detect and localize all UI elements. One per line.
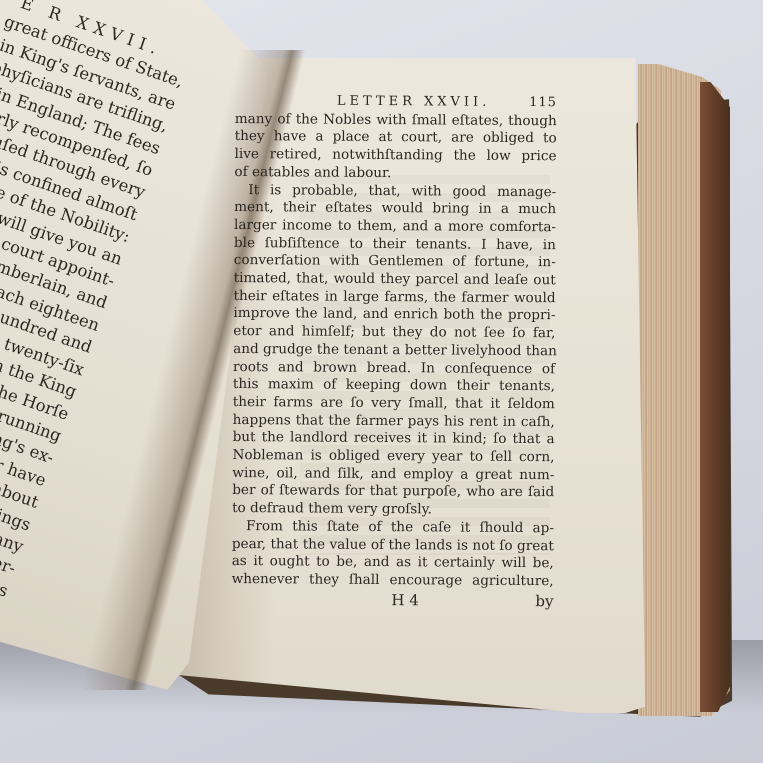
text-line: many of the Nobles with ſmall eſtates, t… (235, 111, 557, 131)
text-line: ber of ſtewards for that purpoſe, who ar… (232, 482, 554, 502)
text-line: as it ought to be, and as it certainly w… (232, 553, 554, 573)
text-line: ment, their eſtates would bring in a muc… (234, 199, 556, 219)
text-line: whenever they ſhall encourage agricultur… (232, 571, 554, 591)
text-line: roots and brown bread. In conſequence of (233, 359, 555, 379)
text-line: their farms are ſo very ſmall, that it ſ… (233, 394, 555, 414)
text-line: etor and himſelf; but they do not ſee ſo… (233, 323, 555, 343)
text-line: converſation with Gentlemen of fortune, … (234, 252, 556, 272)
text-line: this maxim of keeping down their tenants… (233, 376, 555, 396)
text-line: improve the land, and enrich both the pr… (233, 305, 555, 325)
photo-scene: E R XXVII. ries of the great officers of… (0, 0, 763, 763)
text-line: Nobleman is obliged every year to ſell c… (232, 447, 554, 467)
text-line: larger income to them, and a more comfor… (234, 217, 556, 237)
text-line: their eſtates in large farms, the farmer… (234, 288, 556, 308)
text-line: It is probable, that, with good manage- (234, 182, 556, 202)
text-line: live retired, notwithſtanding the low pr… (234, 146, 556, 166)
signature-mark: H 4 (391, 592, 419, 610)
text-line: but the landlord receives it in kind; ſo… (233, 429, 555, 449)
cover-edge (700, 82, 730, 712)
text-line: timated, that, would they parcel and lea… (234, 270, 556, 290)
page-number: 115 (529, 94, 557, 112)
text-line: pear, that the value of the lands is not… (232, 536, 554, 556)
text-line: they have a place at court, are obliged … (235, 128, 557, 148)
catchword: by (535, 593, 553, 611)
text-line: wine, oil, and ſilk, and employ a great … (232, 465, 554, 485)
text-line: ble ſubſiſtence to their tenants. I have… (234, 235, 556, 255)
text-line: From this ſtate of the caſe it ſhould ap… (232, 518, 554, 538)
page-footer: H 4 by (231, 591, 553, 611)
right-page-text: LETTER XXVII. 115 many of the Nobles wit… (231, 92, 557, 611)
text-line: of eatables and labour. (234, 164, 556, 184)
text-line: happens that the farmer pays his rent in… (233, 412, 555, 432)
running-head-title: LETTER XXVII. (337, 93, 491, 112)
text-line: to defraud them very groſsly. (232, 500, 554, 520)
text-line: and grudge the tenant a better livelyhoo… (233, 341, 555, 361)
running-head: LETTER XXVII. 115 (235, 92, 557, 112)
